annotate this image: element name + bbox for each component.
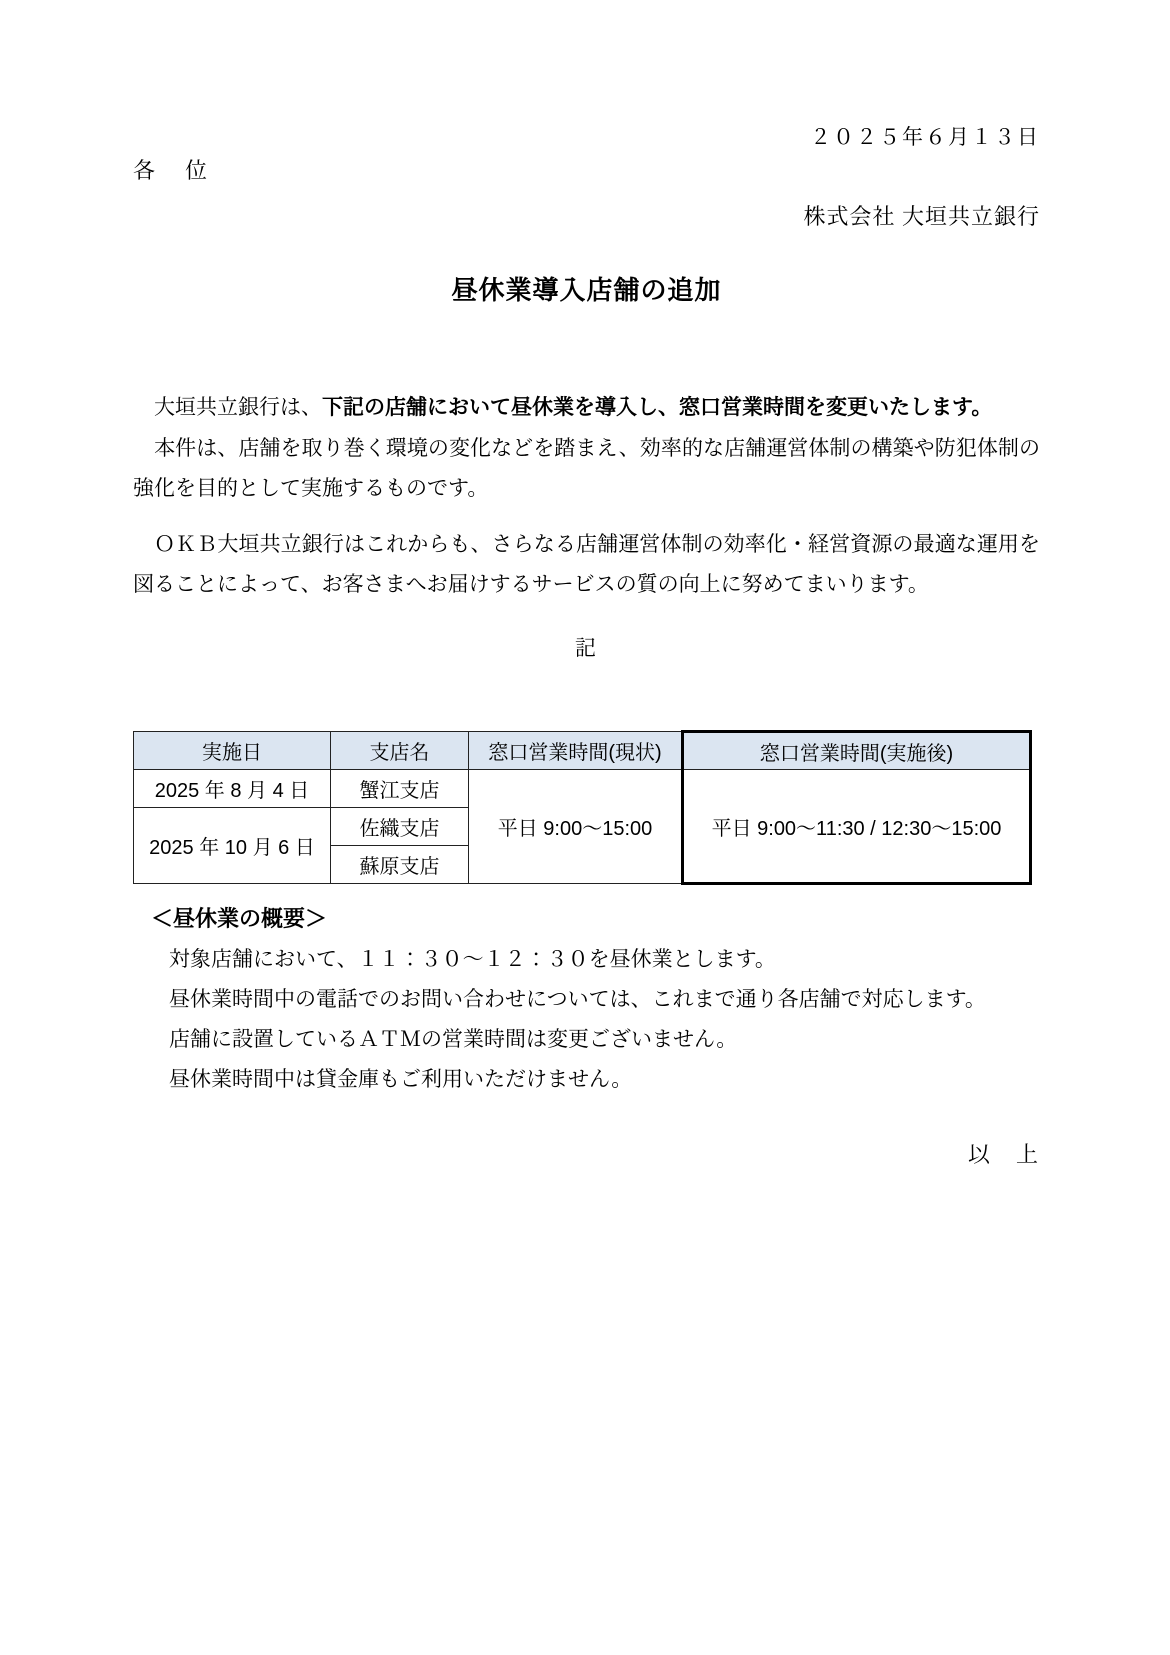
col-header-new-hours: 窓口営業時間(実施後) [683,732,1031,770]
document-date: ２０２５年６月１３日 [133,120,1040,154]
paragraph-commitment: ＯＫＢ大垣共立銀行はこれからも、さらなる店舗運営体制の効率化・経営資源の最適な運… [133,524,1040,604]
cell-branch-kanie: 蟹江支店 [331,770,469,808]
paragraph-intro: 大垣共立銀行は、下記の店舗において昼休業を導入し、窓口営業時間を変更いたします。 [133,387,1040,428]
col-header-date: 実施日 [134,732,331,770]
closing-mark: 以 上 [133,1135,1040,1175]
cell-branch-saori: 佐織支店 [331,808,469,846]
overview-item-safe-deposit: 昼休業時間中は貸金庫もご利用いただけません。 [169,1059,1040,1099]
col-header-current-hours: 窓口営業時間(現状) [469,732,683,770]
cell-date-1: 2025 年 8 月 4 日 [134,770,331,808]
recipient-line: 各 位 [133,154,1040,188]
overview-heading: ＜昼休業の概要＞ [151,899,1040,939]
cell-new-hours: 平日 9:00～11:30 / 12:30～15:00 [683,770,1031,884]
paragraph-purpose: 本件は、店舗を取り巻く環境の変化などを踏まえ、効率的な店舗運営体制の構築や防犯体… [133,428,1040,508]
col-header-branch: 支店名 [331,732,469,770]
ki-marker: 記 [133,628,1040,668]
cell-date-2: 2025 年 10 月 6 日 [134,808,331,884]
overview-item-atm: 店舗に設置しているＡＴＭの営業時間は変更ございません。 [169,1019,1040,1059]
branch-schedule-table: 実施日 支店名 窓口営業時間(現状) 窓口営業時間(実施後) 2025 年 8 … [133,730,1032,885]
page-title: 昼休業導入店舗の追加 [133,270,1040,310]
cell-branch-sohara: 蘇原支店 [331,846,469,884]
overview-item-lunch-hours: 対象店舗において、１１：３０～１２：３０を昼休業とします。 [169,939,1040,979]
table-header-row: 実施日 支店名 窓口営業時間(現状) 窓口営業時間(実施後) [134,732,1031,770]
document-page: ２０２５年６月１３日 各 位 株式会社 大垣共立銀行 昼休業導入店舗の追加 大垣… [0,0,1170,1655]
paragraph-intro-lead: 大垣共立銀行は、 [133,395,322,419]
cell-current-hours: 平日 9:00～15:00 [469,770,683,884]
table-row: 2025 年 8 月 4 日 蟹江支店 平日 9:00～15:00 平日 9:0… [134,770,1031,808]
paragraph-intro-emphasis: 下記の店舗において昼休業を導入し、窓口営業時間を変更いたします。 [322,396,992,419]
company-name: 株式会社 大垣共立銀行 [133,200,1040,234]
overview-item-phone: 昼休業時間中の電話でのお問い合わせについては、これまで通り各店舗で対応します。 [169,979,1040,1019]
